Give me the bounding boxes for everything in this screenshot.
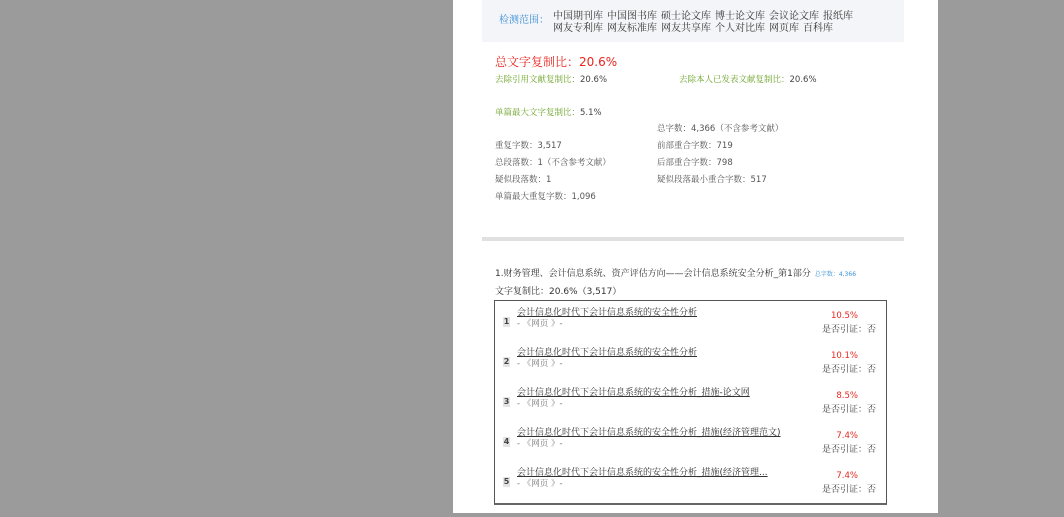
source-number: 2 [503, 357, 510, 367]
total-paragraphs: 总段落数：1（不含参考文献） [495, 156, 611, 168]
source-type: - 《网页 》- [517, 437, 563, 449]
document-total-chars: 总字数：4,366 [815, 271, 856, 278]
source-cited-flag: 是否引证：否 [822, 402, 876, 415]
front-overlap: 前部重合字数：719 [657, 139, 733, 151]
source-number: 1 [503, 317, 510, 327]
source-cited-flag: 是否引证：否 [822, 442, 876, 455]
suspect-paragraphs: 疑似段落数：1 [495, 173, 551, 185]
scope-db: 报纸库 [823, 11, 853, 22]
source-type: - 《网页 》- [517, 317, 563, 329]
excl-ref-ratio: 去除引用文献复制比：20.6% [495, 73, 607, 85]
scope-db: 网友标准库 [607, 23, 657, 34]
dup-chars: 重复字数：3,517 [495, 139, 562, 151]
max-single-value: 5.1% [580, 108, 602, 118]
source-row: 3 会计信息化时代下会计信息系统的安全性分析_措施-论文网 - 《网页 》- 8… [495, 381, 886, 421]
document-title-text: 1.财务管理、会计信息系统、资产评估方向——会计信息系统安全分析_第1部分 [495, 269, 811, 279]
source-percentage: 10.5% [831, 311, 858, 321]
source-row: 1 会计信息化时代下会计信息系统的安全性分析 - 《网页 》- 10.5% 是否… [495, 301, 886, 341]
scope-database-list: 中国期刊库中国图书库硕士论文库博士论文库会议论文库报纸库 网友专利库网友标准库网… [553, 11, 893, 35]
scope-db: 会议论文库 [769, 11, 819, 22]
total-chars: 总字数：4,366（不含参考文献） [657, 122, 783, 134]
total-ratio-label: 总文字复制比： [495, 55, 579, 69]
source-type: - 《网页 》- [517, 397, 563, 409]
excl-ref-value: 20.6% [580, 75, 607, 85]
source-type: - 《网页 》- [517, 357, 563, 369]
detection-scope-box: 检测范围： 中国期刊库中国图书库硕士论文库博士论文库会议论文库报纸库 网友专利库… [482, 0, 904, 42]
source-number: 4 [503, 437, 510, 447]
source-row: 2 会计信息化时代下会计信息系统的安全性分析 - 《网页 》- 10.1% 是否… [495, 341, 886, 381]
source-cited-flag: 是否引证：否 [822, 362, 876, 375]
source-percentage: 10.1% [831, 351, 858, 361]
max-single-label: 单篇最大文字复制比： [495, 108, 580, 118]
total-ratio-value: 20.6% [579, 55, 617, 69]
document-title: 1.财务管理、会计信息系统、资产评估方向——会计信息系统安全分析_第1部分总字数… [495, 266, 856, 279]
report-page: 检测范围： 中国期刊库中国图书库硕士论文库博士论文库会议论文库报纸库 网友专利库… [453, 0, 938, 513]
source-cited-flag: 是否引证：否 [822, 322, 876, 335]
similar-sources-list: 1 会计信息化时代下会计信息系统的安全性分析 - 《网页 》- 10.5% 是否… [494, 300, 887, 505]
excl-self-value: 20.6% [790, 75, 817, 85]
source-type: - 《网页 》- [517, 477, 563, 489]
source-row: 5 会计信息化时代下会计信息系统的安全性分析_措施(经济管理... - 《网页 … [495, 461, 886, 501]
scope-db: 中国期刊库 [553, 11, 603, 22]
section-divider [482, 237, 904, 241]
scope-db: 个人对比库 [715, 23, 765, 34]
excl-self-label: 去除本人已发表文献复制比： [679, 75, 790, 85]
total-copy-ratio: 总文字复制比：20.6% [495, 53, 617, 70]
scope-db: 博士论文库 [715, 11, 765, 22]
source-percentage: 7.4% [836, 431, 858, 441]
source-percentage: 8.5% [836, 391, 858, 401]
suspect-min-overlap: 疑似段落最小重合字数：517 [657, 173, 767, 185]
scope-db: 网页库 [769, 23, 799, 34]
scope-db: 百科库 [803, 23, 833, 34]
max-single-ratio: 单篇最大文字复制比：5.1% [495, 106, 602, 118]
source-cited-flag: 是否引证：否 [822, 482, 876, 495]
source-percentage: 7.4% [836, 471, 858, 481]
excl-self-ratio: 去除本人已发表文献复制比：20.6% [679, 73, 817, 85]
scope-label: 检测范围： [499, 11, 549, 26]
scope-db: 硕士论文库 [661, 11, 711, 22]
excl-ref-label: 去除引用文献复制比： [495, 75, 580, 85]
scope-db: 网友专利库 [553, 23, 603, 34]
max-single-dup: 单篇最大重复字数：1,096 [495, 190, 596, 202]
document-copy-ratio: 文字复制比：20.6%（3,517） [495, 284, 621, 297]
back-overlap: 后部重合字数：798 [657, 156, 733, 168]
scope-db: 网友共享库 [661, 23, 711, 34]
source-number: 5 [503, 477, 510, 487]
scope-db: 中国图书库 [607, 11, 657, 22]
source-row: 4 会计信息化时代下会计信息系统的安全性分析_措施(经济管理范文) - 《网页 … [495, 421, 886, 461]
source-number: 3 [503, 397, 510, 407]
